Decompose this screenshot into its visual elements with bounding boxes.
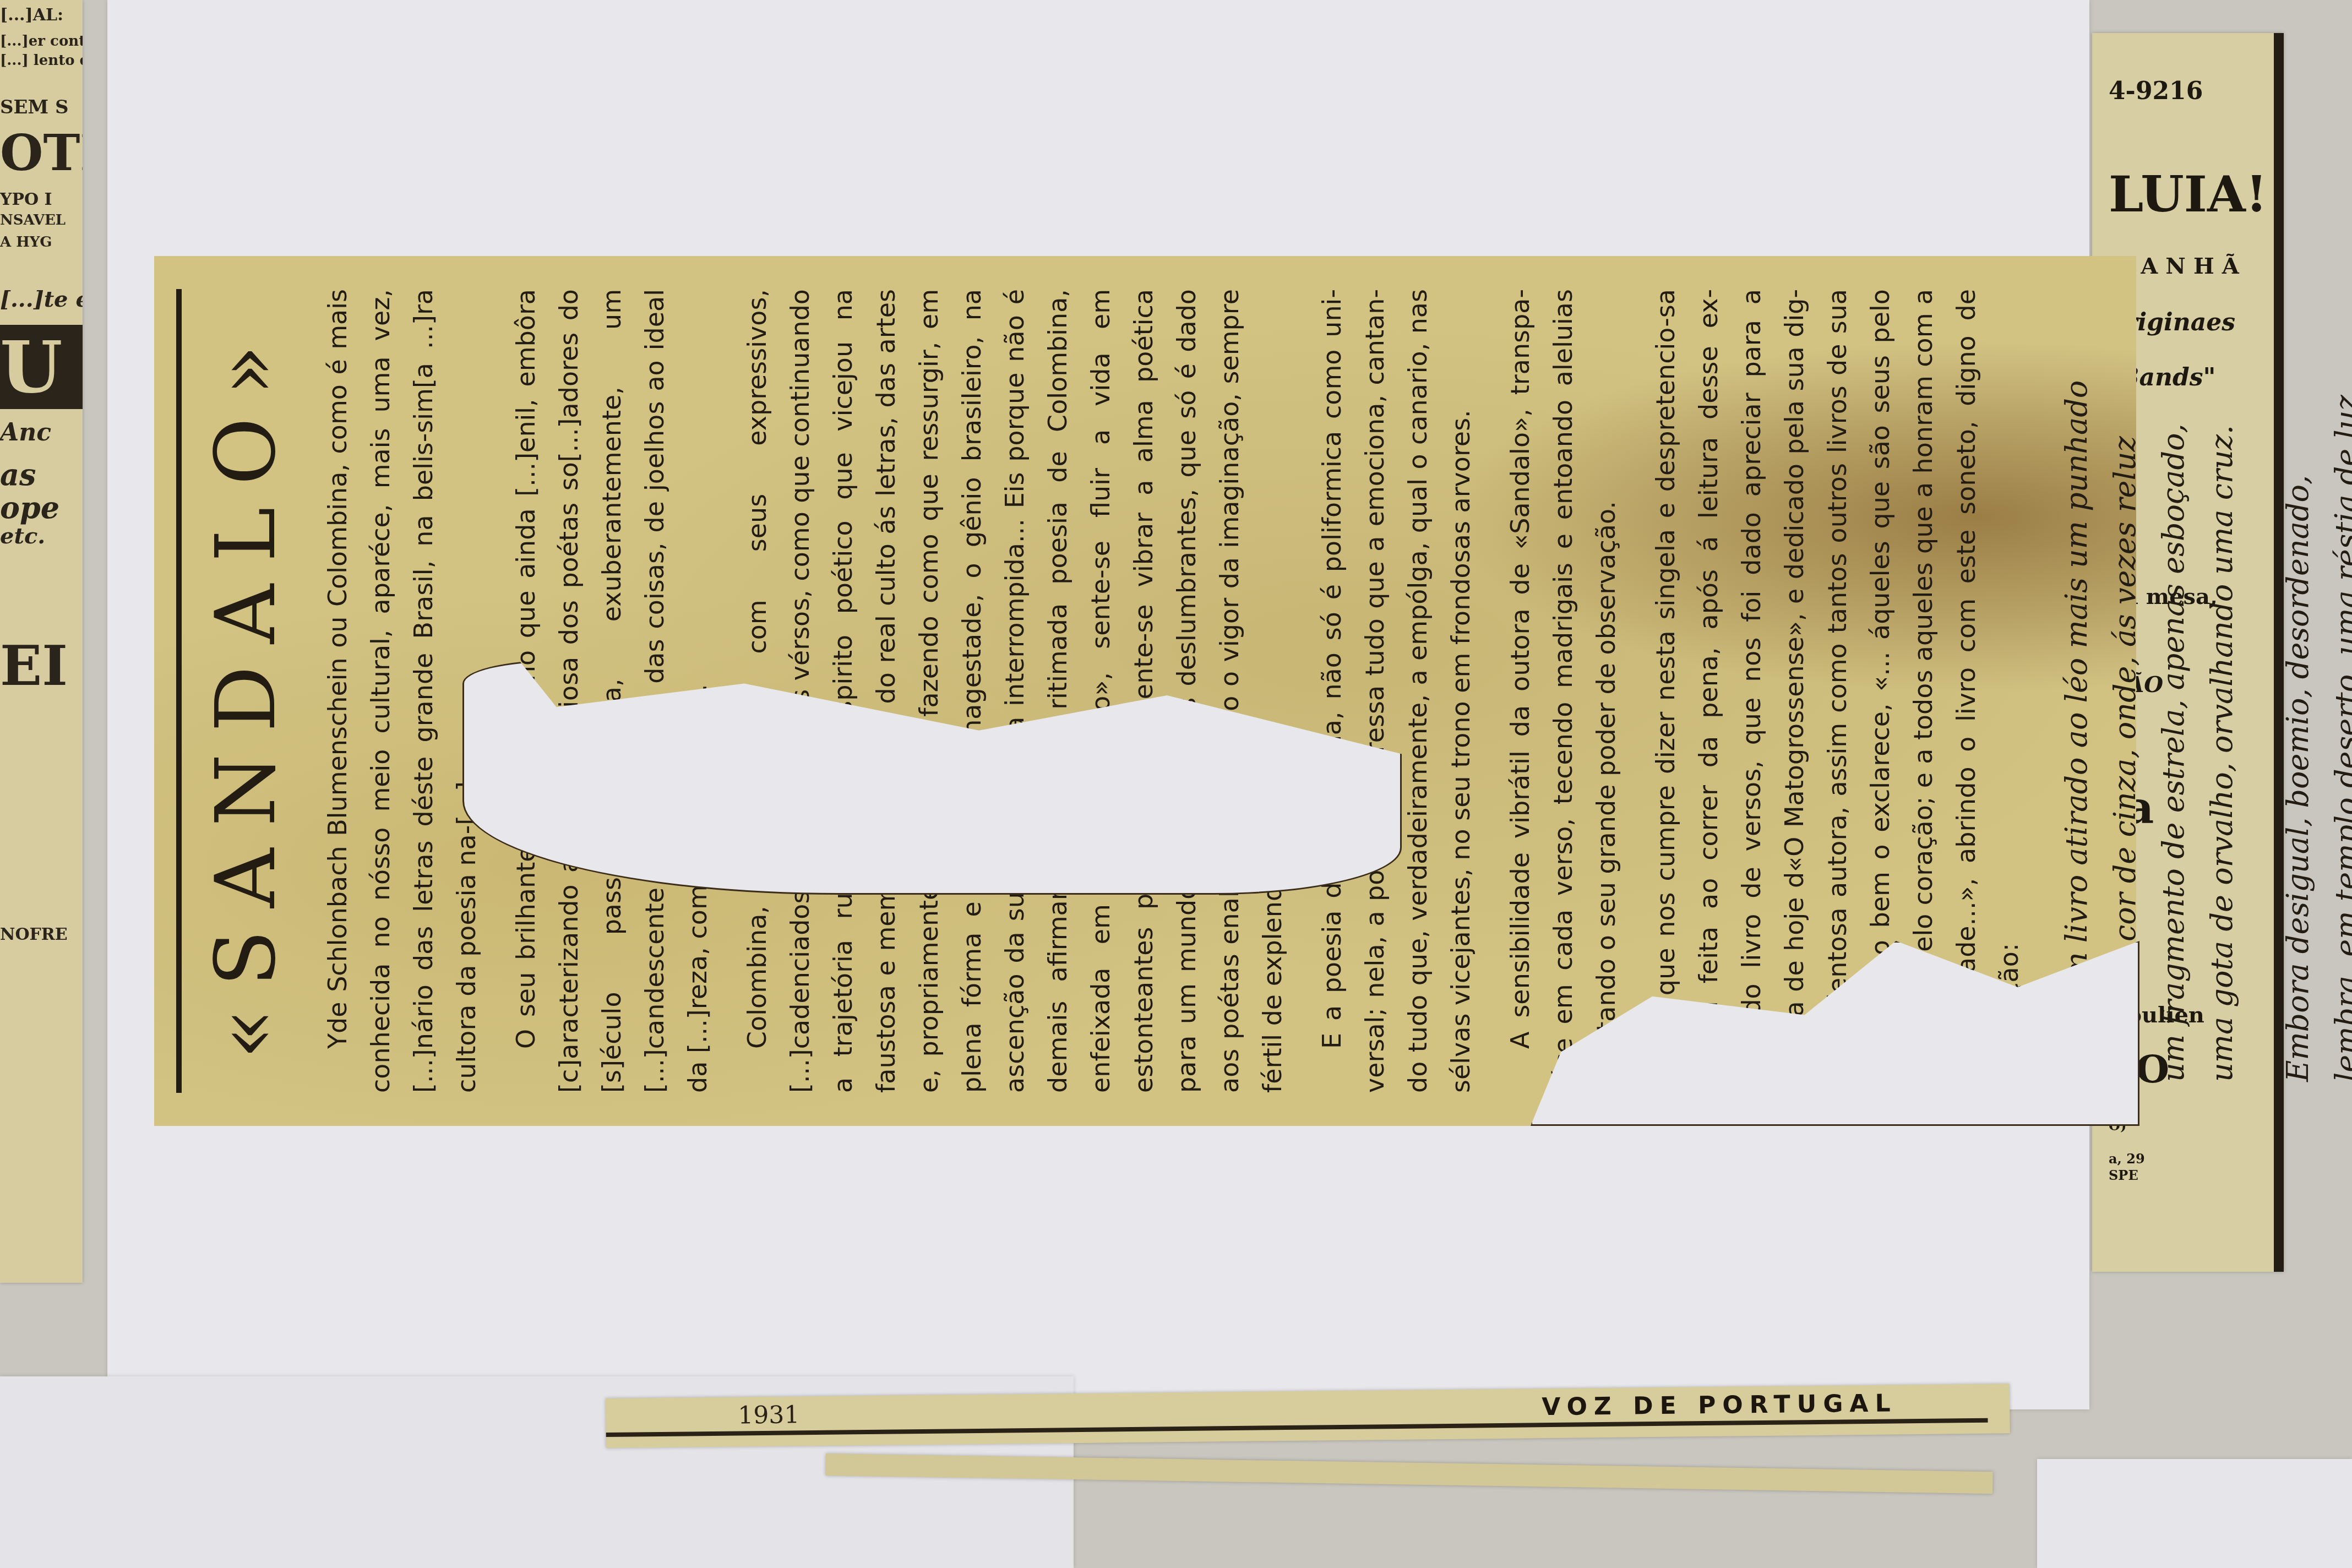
article-title: «SANDALO»: [198, 289, 294, 1093]
scrap-text: OTI: [0, 124, 83, 182]
masthead-title: VOZ DE PORTUGAL: [1542, 1389, 1897, 1421]
clipping-paper: «SANDALO» Yde Schlonbach Blumenschein ou…: [154, 256, 2136, 1126]
background-newspaper-scrap-left: [...]AL: [...]er contra [...] lento da S…: [0, 0, 83, 1283]
scrap-text: [...]er contra: [0, 33, 83, 50]
paragraph: A sensibilidade vibrátil da outora de «S…: [1499, 289, 1627, 1093]
article-clipping: «SANDALO» Yde Schlonbach Blumenschein ou…: [154, 256, 2136, 1126]
paragraph: Yde Schlonbach Blumenschein ou Colombina…: [316, 289, 488, 1093]
poem-line: lembra, em templo deserto, uma réstia de…: [2322, 289, 2352, 1082]
scrap-text: as: [0, 457, 83, 492]
paragraph: E a poesia de Colombina, não só é polifo…: [1310, 289, 1482, 1093]
scrap-text: [...]AL:: [0, 6, 83, 25]
paragraph: Colombina, nos vem, com seus expressivos…: [736, 289, 1294, 1093]
scrap-text: U: [0, 325, 83, 409]
article-body: Yde Schlonbach Blumenschein ou Colombina…: [316, 289, 2030, 1093]
masthead-rule: [606, 1418, 1988, 1437]
poem-line: Embora desigual, boemio, desordenado,: [2274, 289, 2322, 1082]
scrap-text: [...] lento da: [0, 52, 83, 69]
scrap-text: A HYG: [0, 234, 83, 251]
scrap-text: NOFRE: [0, 925, 83, 944]
scrap-text: LUIA!: [2109, 165, 2267, 224]
scrap-text: Anc: [0, 418, 83, 447]
scrap-text: a, 29: [2109, 1151, 2145, 1167]
scrap-text: SEM S: [0, 96, 83, 118]
scrap-text: 4-9216: [2109, 77, 2203, 105]
title-rule: [176, 289, 182, 1093]
poem-line: uma gota de orvalho, orvalhando uma cruz…: [2198, 289, 2246, 1082]
scrap-text: etc.: [0, 523, 83, 549]
stanza: Embora desigual, boemio, desordenado, le…: [2274, 289, 2352, 1082]
scrap-text: EI: [0, 633, 83, 698]
masthead-year: 1931: [738, 1401, 800, 1429]
poem-line: um fragmento de estrela, apenas esboçado…: [2149, 289, 2198, 1082]
white-backing-sheet-corner: [2037, 1459, 2352, 1568]
scrap-text: ope: [0, 490, 83, 525]
scrap-text: YPO I: [0, 190, 83, 209]
scrap-text: [...]te e: [0, 286, 83, 312]
scrap-text: NSAVEL: [0, 212, 83, 228]
scrap-text: SPE: [2109, 1167, 2138, 1183]
